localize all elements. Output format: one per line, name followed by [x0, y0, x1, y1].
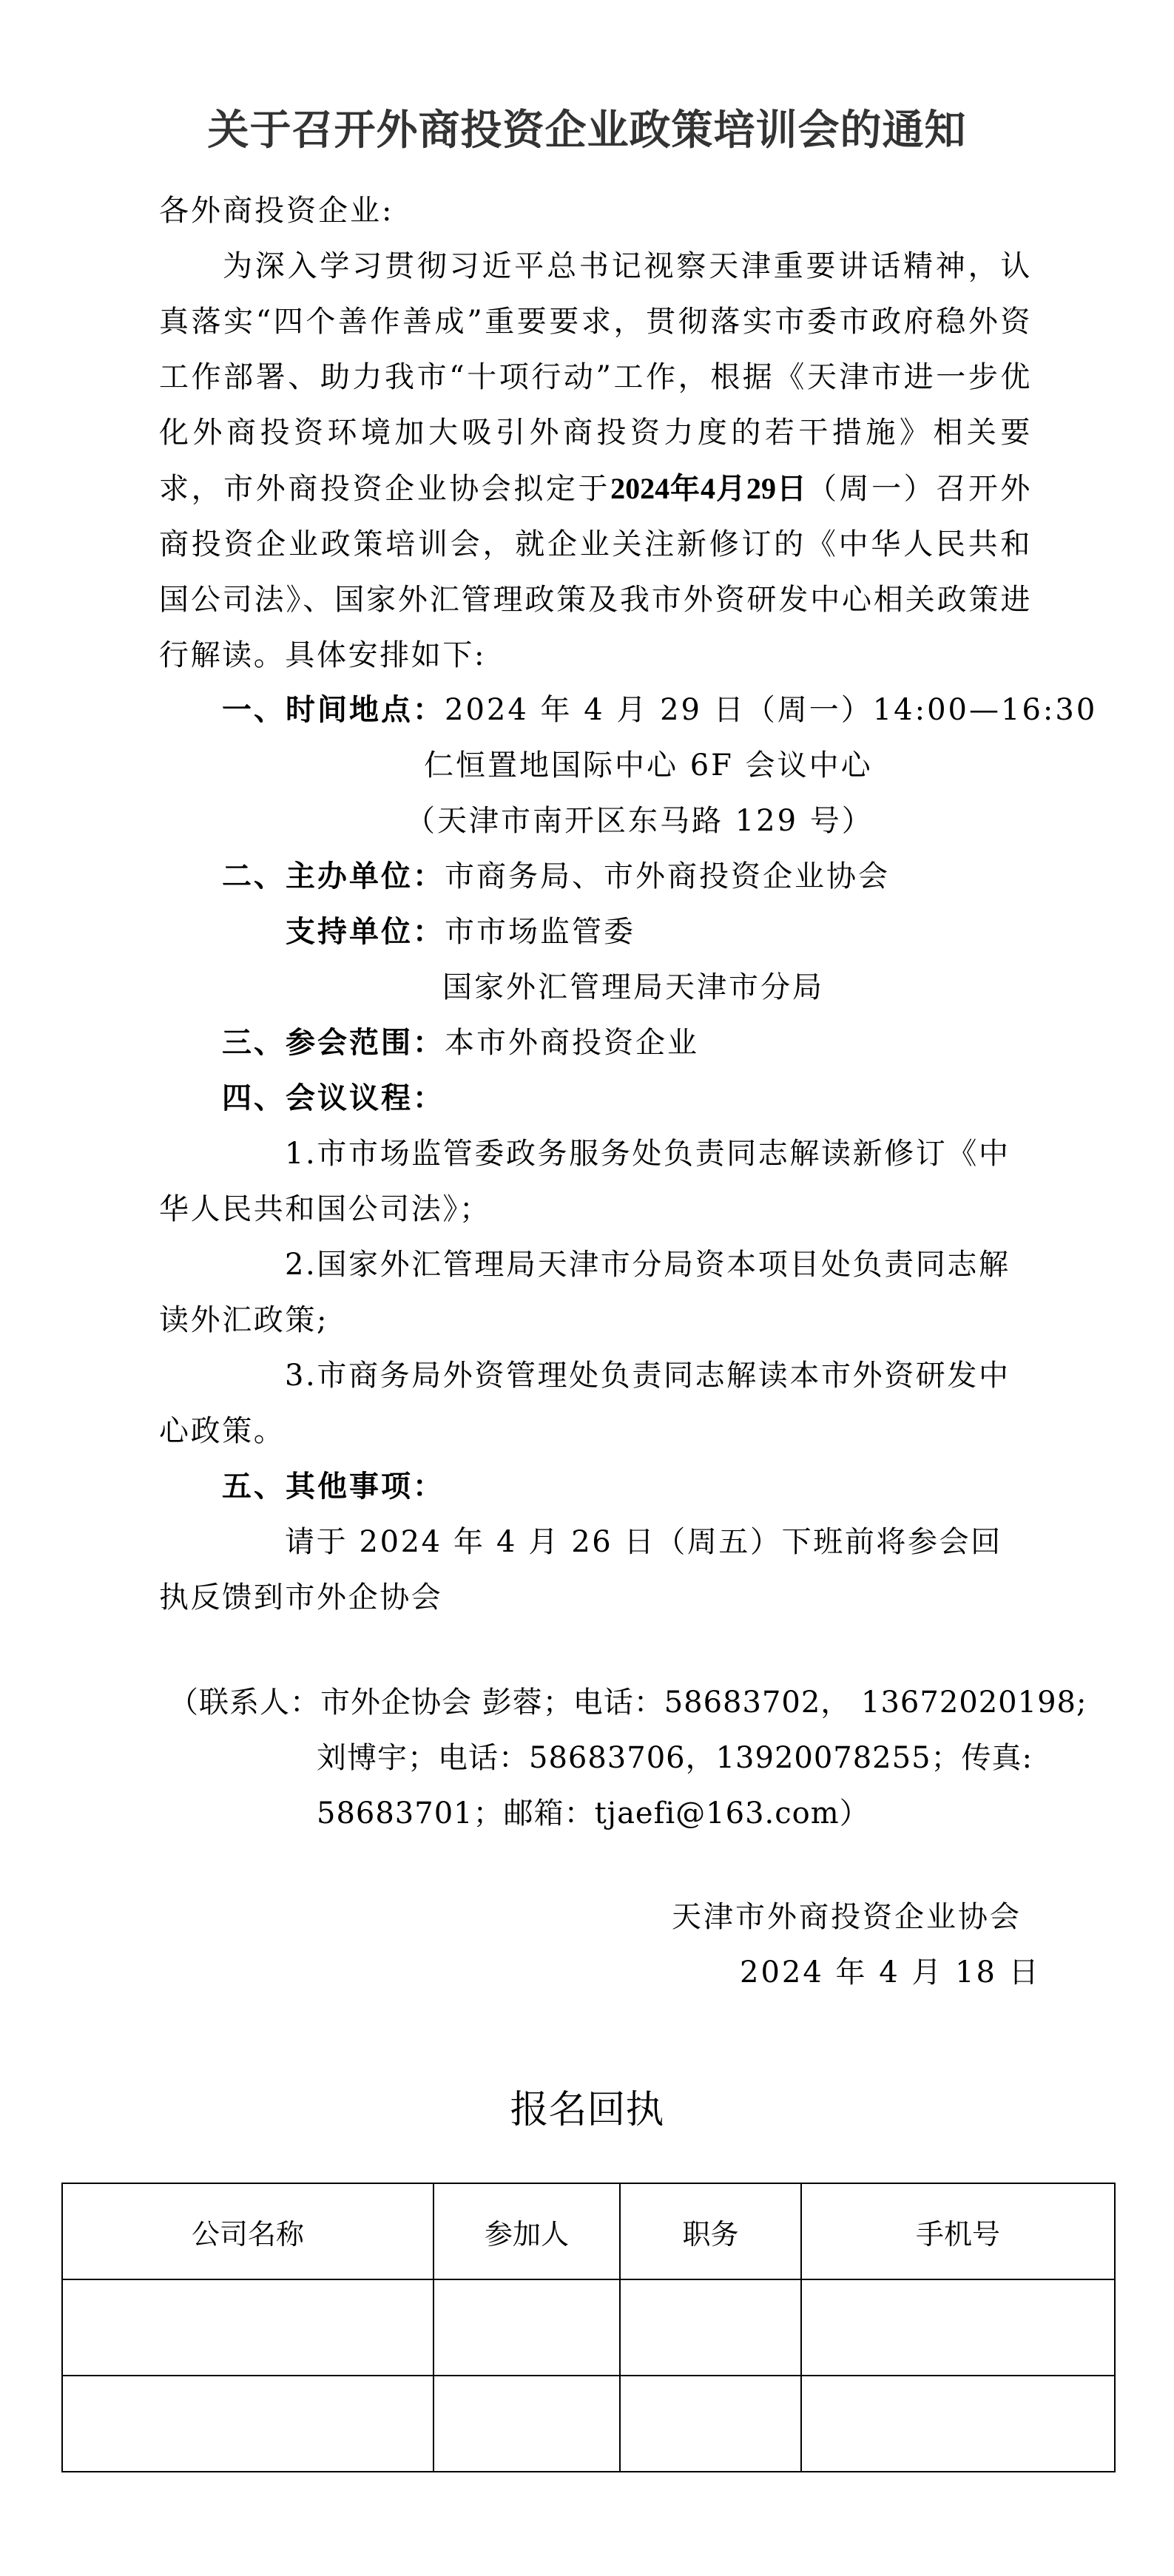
- intro-paragraph: 为深入学习贯彻习近平总书记视察天津重要讲话精神，认真落实“四个善作善成”重要要求…: [159, 239, 1032, 683]
- section-scope: 三、参会范围：本市外商投资企业: [222, 1015, 699, 1071]
- reply-form-table: 公司名称 参加人 职务 手机号: [61, 2183, 1116, 2472]
- reply-form-title: 报名回执: [0, 2078, 1174, 2134]
- col-mobile: 手机号: [801, 2183, 1115, 2279]
- cell-mobile[interactable]: [801, 2376, 1115, 2472]
- col-attendee: 参加人: [433, 2183, 620, 2279]
- cell-mobile[interactable]: [801, 2279, 1115, 2376]
- section-time-location: 一、时间地点：2024 年 4 月 29 日（周一）14:00—16:30: [222, 683, 1097, 738]
- agenda-item-3: 3.市商务局外资管理处负责同志解读本市外资研发中心政策。: [159, 1348, 1032, 1459]
- col-company-name: 公司名称: [62, 2183, 433, 2279]
- section-heading: 三、参会范围：: [222, 1026, 445, 1060]
- signature-date: 2024 年 4 月 18 日: [740, 1945, 1041, 2001]
- section-organizers: 二、主办单位：市商务局、市外商投资企业协会: [222, 849, 890, 905]
- scope-text: 本市外商投资企业: [445, 1026, 699, 1060]
- support-heading: 支持单位：: [286, 915, 445, 949]
- cell-position[interactable]: [620, 2376, 801, 2472]
- section-agenda: 四、会议议程：: [222, 1071, 445, 1126]
- section-heading: 二、主办单位：: [222, 859, 445, 893]
- supporter-1: 市市场监管委: [445, 915, 635, 949]
- table-header-row: 公司名称 参加人 职务 手机号: [62, 2183, 1115, 2279]
- section-heading: 五、其他事项：: [222, 1470, 445, 1504]
- cell-attendee[interactable]: [433, 2376, 620, 2472]
- salutation: 各外商投资企业:: [159, 183, 394, 239]
- event-time: 2024 年 4 月 29 日（周一）14:00—16:30: [445, 693, 1097, 727]
- contact-line-2: 刘博宇；电话：58683706，13920078255；传真:: [317, 1731, 1033, 1786]
- agenda-item-2: 2.国家外汇管理局天津市分局资本项目处负责同志解读外汇政策;: [159, 1237, 1032, 1348]
- other-text: 请于 2024 年 4 月 26 日（周五）下班前将参会回执反馈到市外企协会: [159, 1515, 1032, 1626]
- table-row: [62, 2279, 1115, 2376]
- table-row: [62, 2376, 1115, 2472]
- supporter-2: 国家外汇管理局天津市分局: [442, 960, 824, 1015]
- intro-bold-date: 2024年4月29日: [610, 472, 807, 505]
- contact-line-1: （联系人：市外企协会 彭蓉；电话：58683702， 13672020198;: [169, 1675, 1087, 1731]
- section-other: 五、其他事项：: [222, 1459, 445, 1515]
- cell-company-name[interactable]: [62, 2376, 433, 2472]
- col-position: 职务: [620, 2183, 801, 2279]
- section-heading: 四、会议议程：: [222, 1081, 445, 1115]
- document-title: 关于召开外商投资企业政策培训会的通知: [0, 98, 1174, 157]
- hosts: 市商务局、市外商投资企业协会: [445, 859, 890, 893]
- event-address: （天津市南开区东马路 129 号）: [405, 794, 874, 849]
- section-supporters: 支持单位：市市场监管委: [286, 905, 635, 960]
- signature-org: 天津市外商投资企业协会: [672, 1890, 1022, 1945]
- cell-attendee[interactable]: [433, 2279, 620, 2376]
- cell-company-name[interactable]: [62, 2279, 433, 2376]
- intro-text-1: 为深入学习贯彻习近平总书记视察天津重要讲话精神，认真落实“四个善作善成”重要要求…: [159, 249, 1032, 506]
- agenda-item-1: 1.市市场监管委政务服务处负责同志解读新修订《中华人民共和国公司法》；: [159, 1126, 1032, 1237]
- event-venue: 仁恒置地国际中心 6F 会议中心: [424, 738, 873, 794]
- contact-line-3: 58683701；邮箱：tjaefi@163.com）: [317, 1786, 870, 1842]
- cell-position[interactable]: [620, 2279, 801, 2376]
- section-heading: 一、时间地点：: [222, 693, 445, 727]
